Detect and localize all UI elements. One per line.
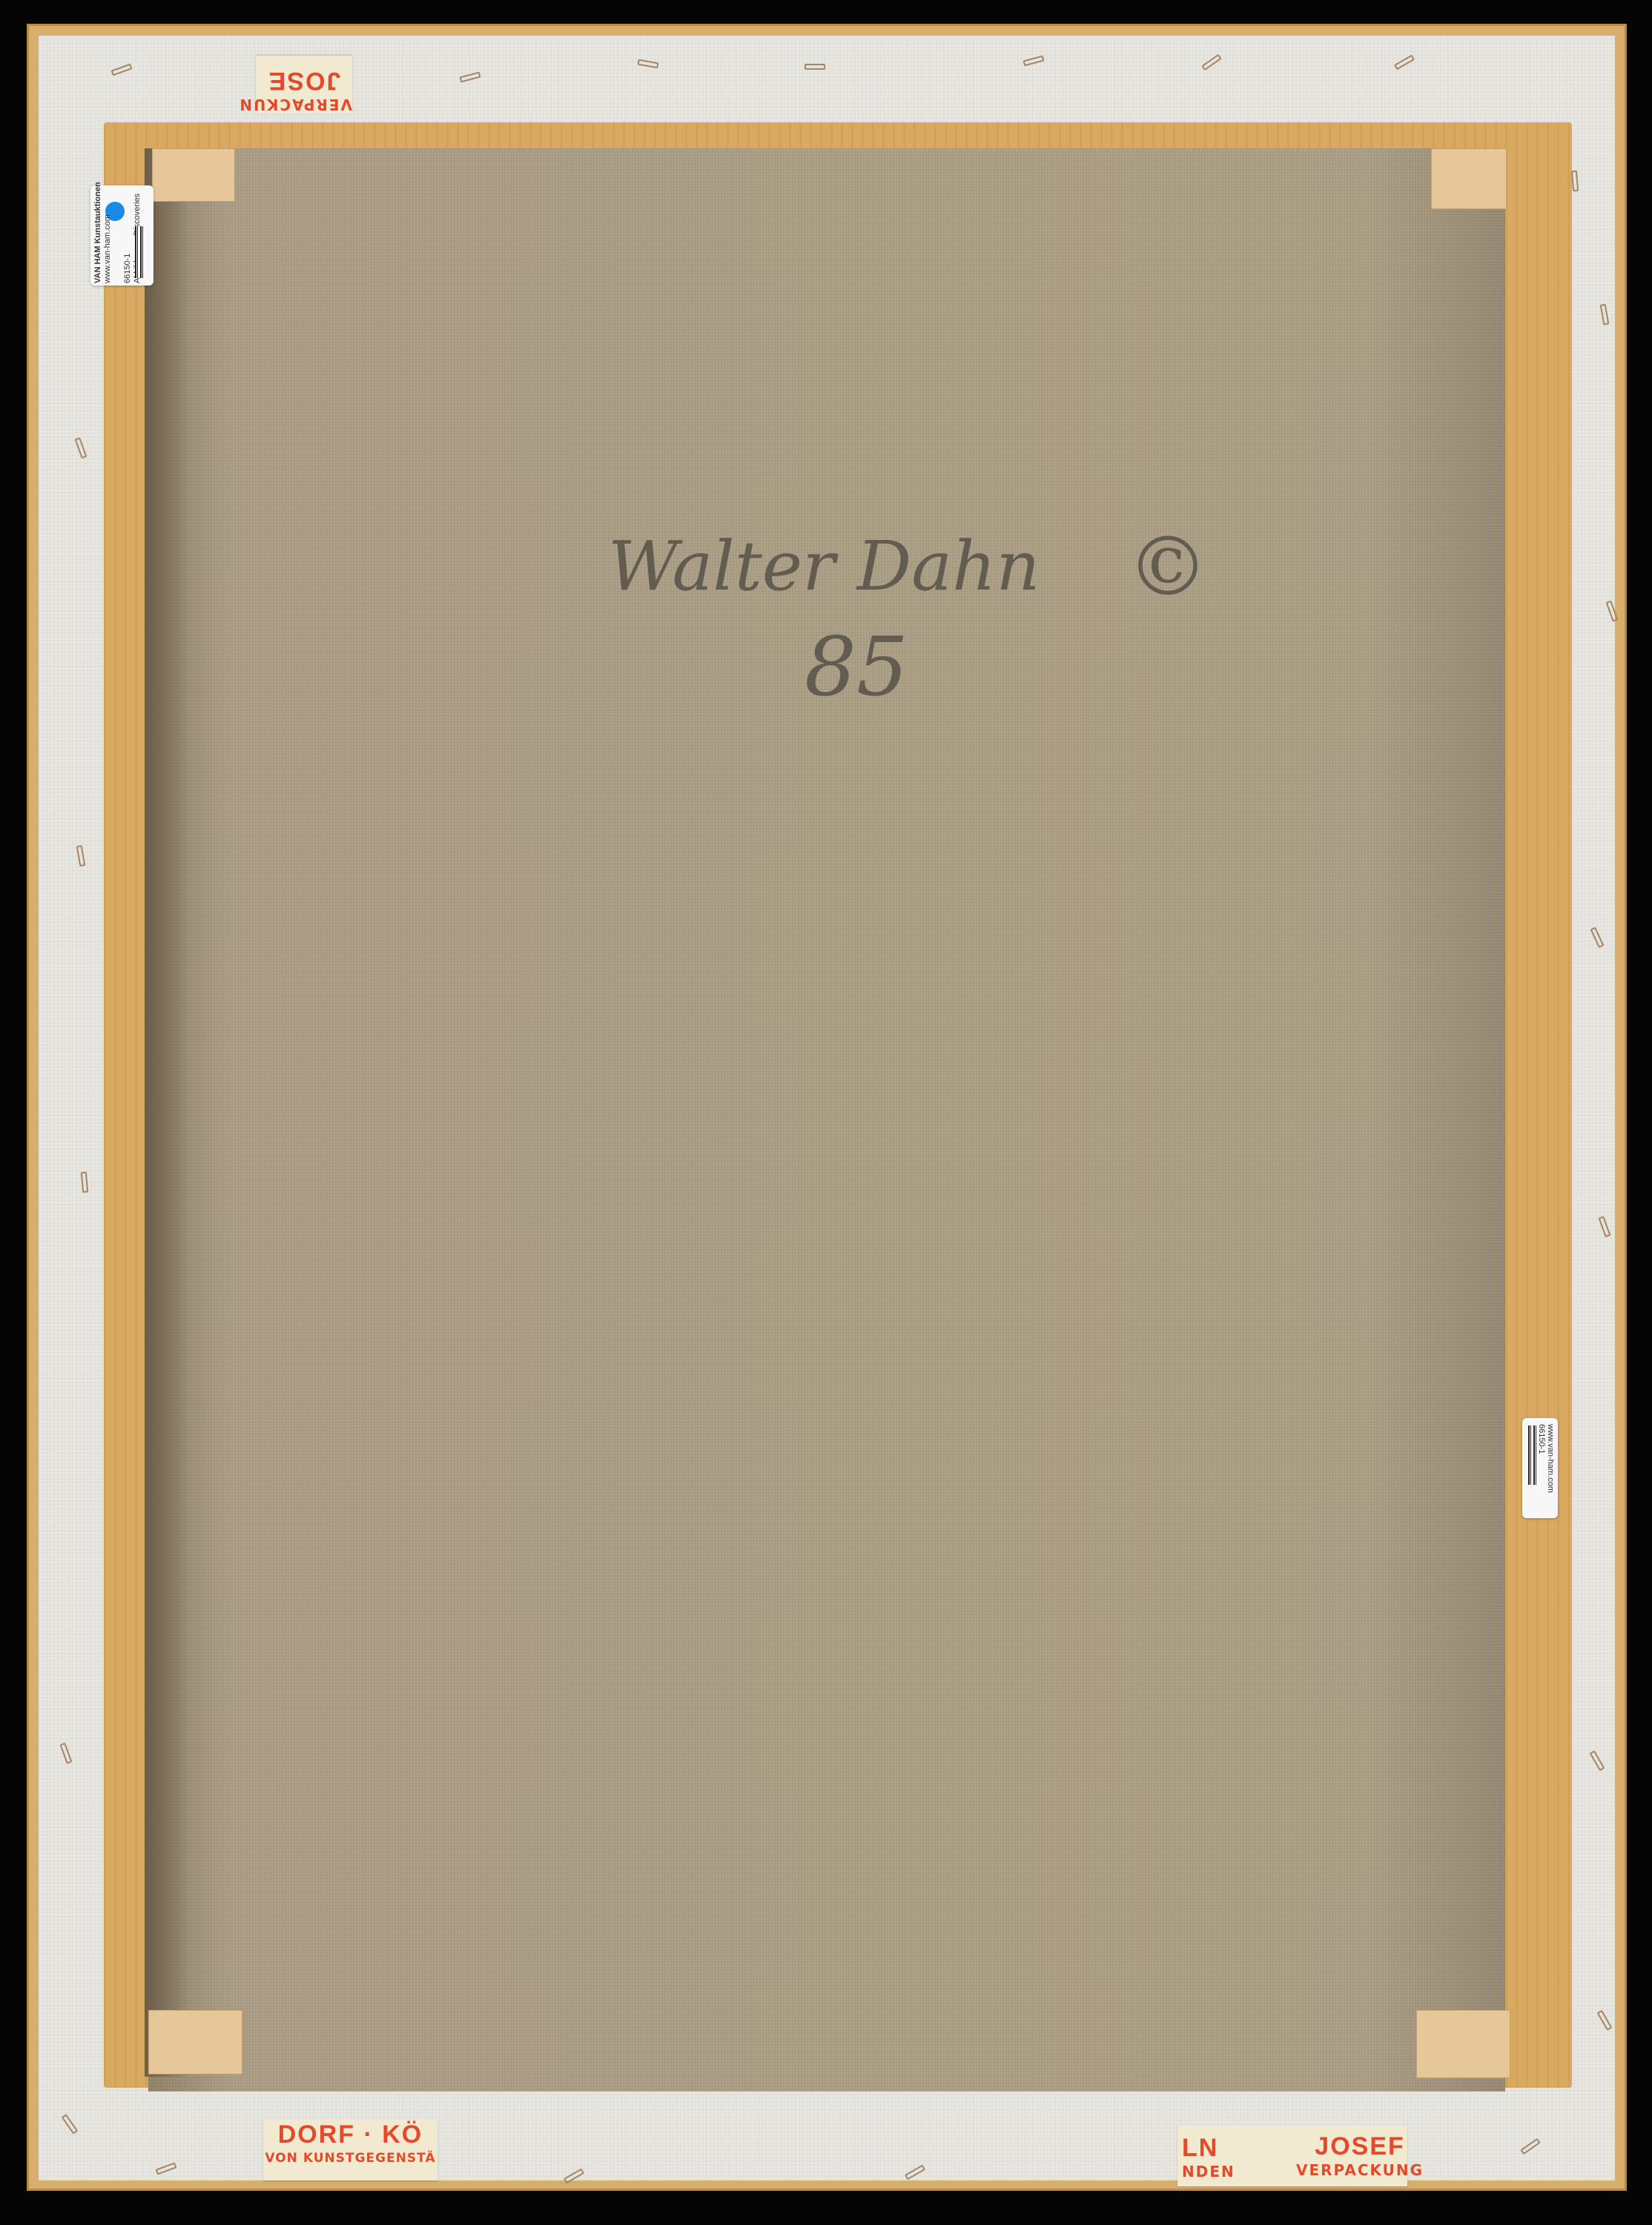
auction-tag-right-lot: 66150-1: [1537, 1424, 1546, 1454]
corner-key-bottom-right: [1416, 2010, 1510, 2078]
packing-label-bottom-right: LN NDEN JOSEF VERPACKUNG: [1177, 2126, 1407, 2186]
packing-label-bottom-right-line2: VERPACKUNG: [1296, 2161, 1424, 2179]
signature-year: 85: [804, 619, 908, 714]
packing-label-bottom-left: DORF · KÖ VON KUNSTGEGENSTÄ: [263, 2120, 437, 2180]
auction-tag-right-url: www.van-ham.com: [1546, 1424, 1555, 1493]
packing-label-top-line2: VERPACKUN: [256, 96, 352, 113]
corner-key-bottom-left: [148, 2010, 242, 2074]
corner-key-top-right: [1431, 148, 1507, 209]
auction-tag-url: www.van-ham.com: [103, 214, 112, 283]
packing-label-bottom-left-line1: DORF · KÖ: [263, 2120, 437, 2149]
auction-tag-right: www.van-ham.com 66150-1: [1522, 1418, 1558, 1518]
signature-name: Walter Dahn: [608, 527, 1040, 606]
packing-label-top: VERPACKUN JOSE: [256, 56, 352, 113]
corner-key-top-left: [152, 148, 235, 202]
auction-tag-top-left: VAN HAM Kunstauktionen www.van-ham.com 6…: [90, 185, 153, 286]
packing-label-fragment-line1: LN: [1182, 2133, 1235, 2163]
auction-tag-lot: 66150-1: [123, 254, 132, 283]
packing-label-bottom-left-line2: VON KUNSTGEGENSTÄ: [263, 2149, 437, 2167]
packing-label-top-line1: JOSE: [256, 66, 352, 96]
stretcher-shadow: [145, 148, 189, 2077]
linen-canvas-back: [148, 148, 1505, 2091]
packing-label-fragment-line2: NDEN: [1182, 2163, 1235, 2180]
auction-tag-house: VAN HAM Kunstauktionen: [93, 182, 102, 283]
copyright-mark: ©: [1127, 519, 1209, 614]
artist-signature: Walter Dahn © 85: [608, 519, 1246, 727]
staple: [804, 64, 825, 70]
barcode-icon: [135, 226, 145, 278]
packing-label-bottom-right-line1: JOSEF: [1296, 2132, 1424, 2161]
